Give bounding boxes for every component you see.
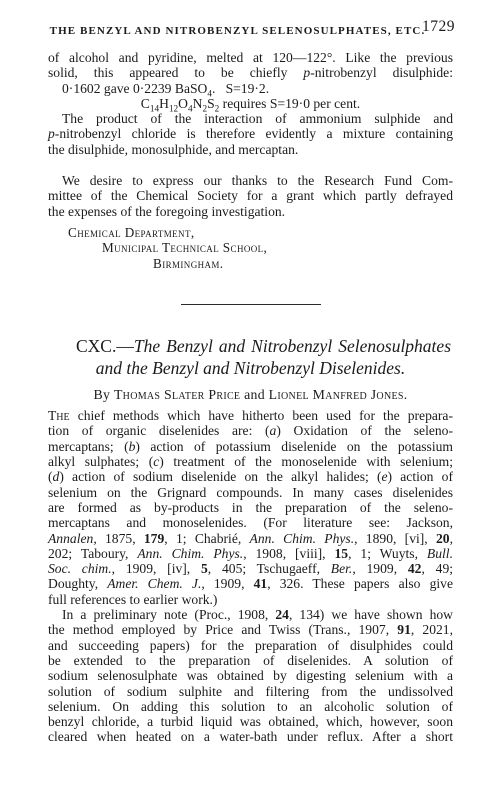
text-line: are formed as by-products in the prepara… [48,500,453,515]
address-line: Municipal Technical School, [48,240,453,255]
previous-article-end: of alcohol and pyridine, melted at 120—1… [48,50,453,271]
text-line: alkyl sulphates; (c) treatment of the mo… [48,454,453,469]
article-title-line: and the Benzyl and Nitrobenzyl Diselenid… [48,357,453,380]
acknowledgement-paragraph: We desire to express our thanks to the R… [48,173,453,219]
running-title: THE BENZYL AND NITROBENZYL SELENOSULPHAT… [50,25,426,37]
journal-page: THE BENZYL AND NITROBENZYL SELENOSULPHAT… [0,0,500,800]
paragraph: The product of the interaction of ammoni… [48,111,453,157]
text-line: of alcohol and pyridine, melted at 120—1… [48,50,453,65]
text-line: full references to earlier work.) [48,592,453,607]
text-line: the method employed by Price and Twiss (… [48,622,453,637]
equation-line: 0·1602 gave 0·2239 BaSO4. S=19·2. [48,81,453,96]
page-number: 1729 [422,18,455,36]
address-line: Birmingham. [48,256,453,271]
text-line: sodium selenosulphate was obtained by di… [48,668,453,683]
text-line: selenium. On adding this solution to an … [48,699,453,714]
text-line: We desire to express our thanks to the R… [48,173,453,188]
text-line: The chief methods which have hitherto be… [48,408,453,423]
text-line: (d) action of sodium diselenide on the a… [48,469,453,484]
article-title-line: CXC.—The Benzyl and Nitrobenzyl Selenosu… [48,335,453,358]
text-line: Soc. chim., 1909, [iv], 5, 405; Tschugae… [48,561,453,576]
byline: By Thomas Slater Price and Lionel Manfre… [48,387,453,402]
text-line: solution of sodium sulphite and filterin… [48,684,453,699]
text-line: the expenses of the foregoing investigat… [48,204,453,219]
text-line: The product of the interaction of ammoni… [48,111,453,126]
text-line: cleared when heated on a water-bath unde… [48,729,453,744]
text-line: mittee of the Chemical Society for a gra… [48,188,453,203]
equation-line: C14H12O4N2S2 requires S=19·0 per cent. [48,96,453,111]
intro-paragraph: The chief methods which have hitherto be… [48,408,453,607]
text-line: selenium on the Grignard compounds. In m… [48,485,453,500]
article-divider-rule [181,304,321,305]
address-line: Chemical Department, [48,225,453,240]
text-line: be extended to the preparation of disele… [48,653,453,668]
text-line: p-nitrobenzyl chloride is therefore evid… [48,126,453,141]
analysis-equations: 0·1602 gave 0·2239 BaSO4. S=19·2. C14H12… [48,81,453,112]
new-article: CXC.—The Benzyl and Nitrobenzyl Selenosu… [48,335,453,745]
text-line: tion of organic diselenides are: (a) Oxi… [48,423,453,438]
article-title: CXC.—The Benzyl and Nitrobenzyl Selenosu… [48,335,453,380]
text-line: the disulphide, monosulphide, and mercap… [48,142,453,157]
second-paragraph: In a preliminary note (Proc., 1908, 24, … [48,607,453,745]
text-line: solid, this appeared to be chiefly p-nit… [48,65,453,80]
paragraph: of alcohol and pyridine, melted at 120—1… [48,50,453,81]
text-line: mercaptans and monoselenides. (For liter… [48,515,453,530]
text-line: Doughty, Amer. Chem. J., 1909, 41, 326. … [48,576,453,591]
page-header: THE BENZYL AND NITROBENZYL SELENOSULPHAT… [48,21,455,39]
text-line: 202; Taboury, Ann. Chim. Phys., 1908, [v… [48,546,453,561]
text-line: and succeeding papers) for the preparati… [48,638,453,653]
text-line: mercaptans; (b) action of potassium dise… [48,439,453,454]
author-address-block: Chemical Department, Municipal Technical… [48,225,453,271]
page-body: of alcohol and pyridine, melted at 120—1… [48,50,453,745]
text-line: benzyl chloride, a turbid liquid was obt… [48,714,453,729]
text-line: Annalen, 1875, 179, 1; Chabrié, Ann. Chi… [48,531,453,546]
text-line: In a preliminary note (Proc., 1908, 24, … [48,607,453,622]
